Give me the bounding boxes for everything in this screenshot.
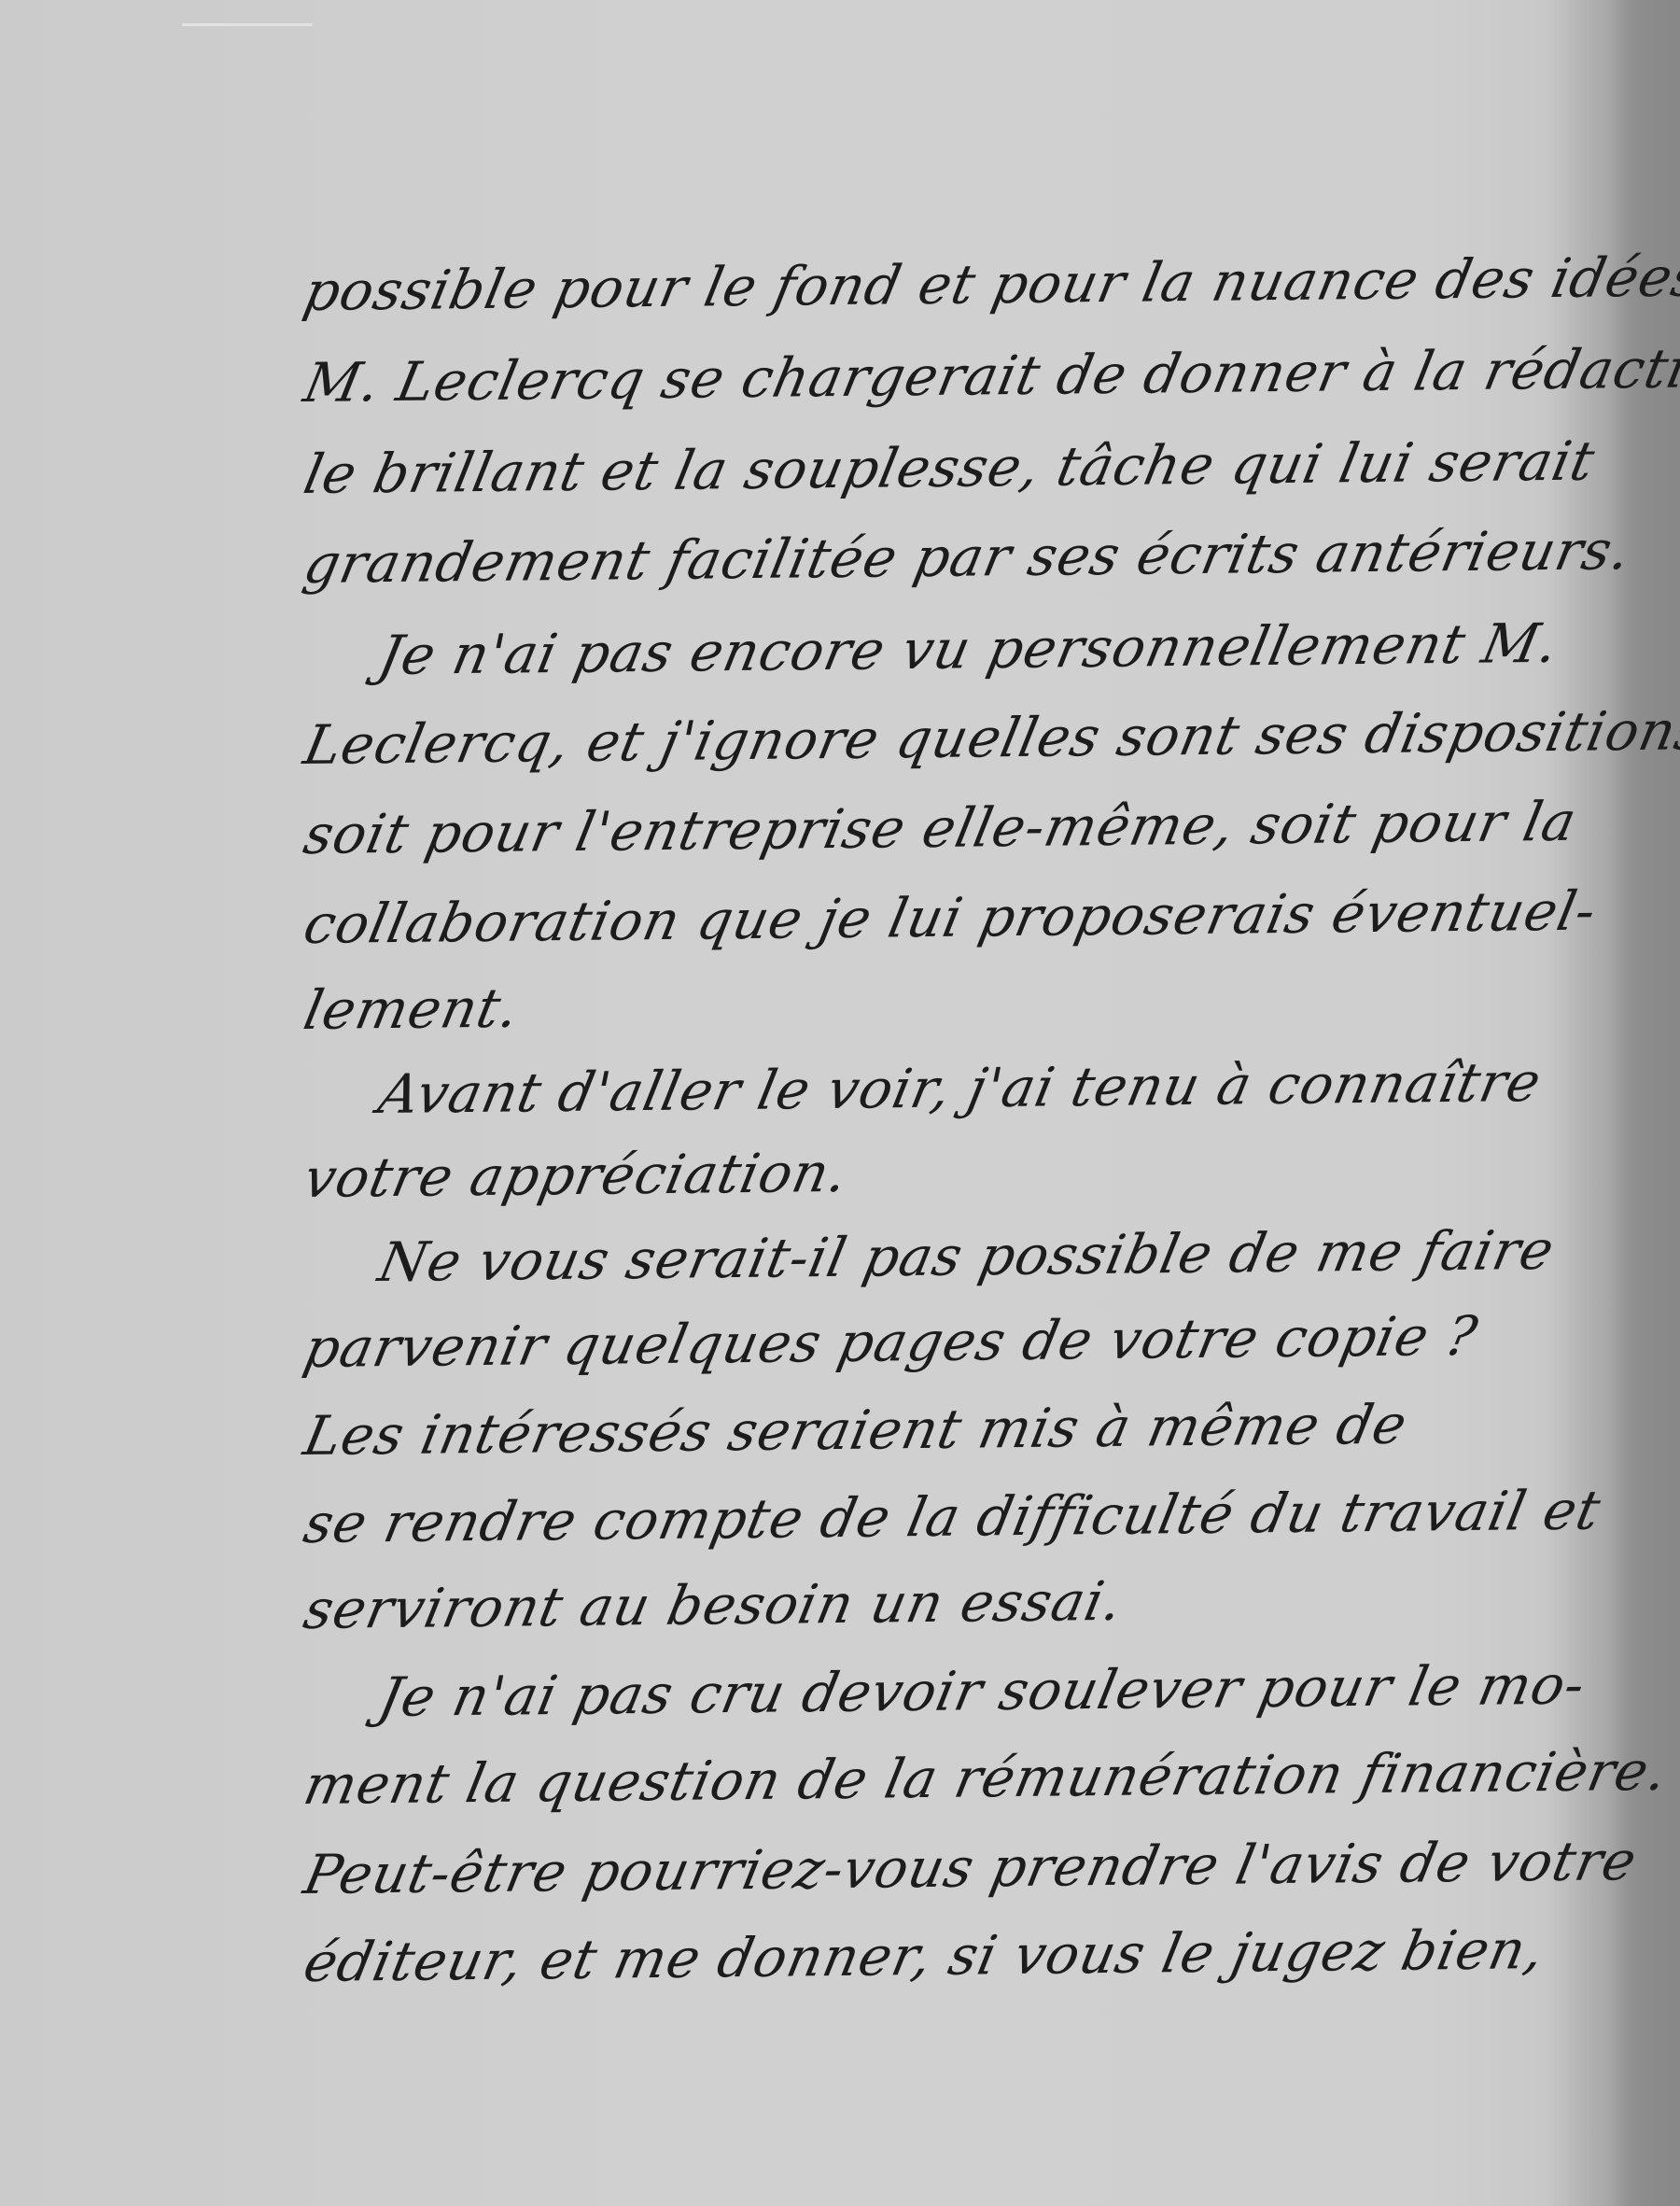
letter-line: Peut-être pourriez-vous prendre l'avis d…: [299, 1829, 1643, 1906]
letter-line: possible pour le fond et pour la nuance …: [299, 245, 1680, 323]
letter-line: collaboration que je lui proposerais éve…: [299, 879, 1602, 956]
letter-line: parvenir quelques pages de votre copie ?: [299, 1304, 1483, 1380]
letter-line: Avant d'aller le voir, j'ai tenu à conna…: [373, 1050, 1547, 1126]
letter-line: éditeur, et me donner, si vous le jugez …: [299, 1918, 1550, 1994]
letter-line: Les intéressés seraient mis à même de: [299, 1393, 1413, 1468]
letter-page: possible pour le fond et pour la nuance …: [0, 0, 1680, 2206]
letter-line: grandement facilitée par ses écrits anté…: [299, 518, 1636, 596]
letter-line: Je n'ai pas encore vu personnellement M.: [373, 611, 1564, 687]
letter-line: lement.: [299, 977, 525, 1042]
letter-line: votre appréciation.: [299, 1141, 854, 1210]
letter-line: M. Leclercq se chargerait de donner à la…: [299, 336, 1680, 415]
letter-line: se rendre compte de la difficulté du tra…: [299, 1479, 1606, 1555]
letter-line: Leclercq, et j'ignore quelles sont ses d…: [299, 696, 1680, 777]
letter-line: Je n'ai pas cru devoir soulever pour le …: [373, 1653, 1591, 1729]
paper-fold-mark: [182, 23, 313, 26]
letter-line: ment la question de la rémunération fina…: [299, 1739, 1673, 1817]
letter-line: le brillant et la souplesse, tâche qui l…: [299, 429, 1601, 506]
letter-line: Ne vous serait-il pas possible de me fai…: [373, 1218, 1560, 1294]
letter-line-overwritten: serviront au besoin un essai.: [299, 1569, 1128, 1641]
letter-line: soit pour l'entreprise elle-même, soit p…: [299, 790, 1582, 866]
